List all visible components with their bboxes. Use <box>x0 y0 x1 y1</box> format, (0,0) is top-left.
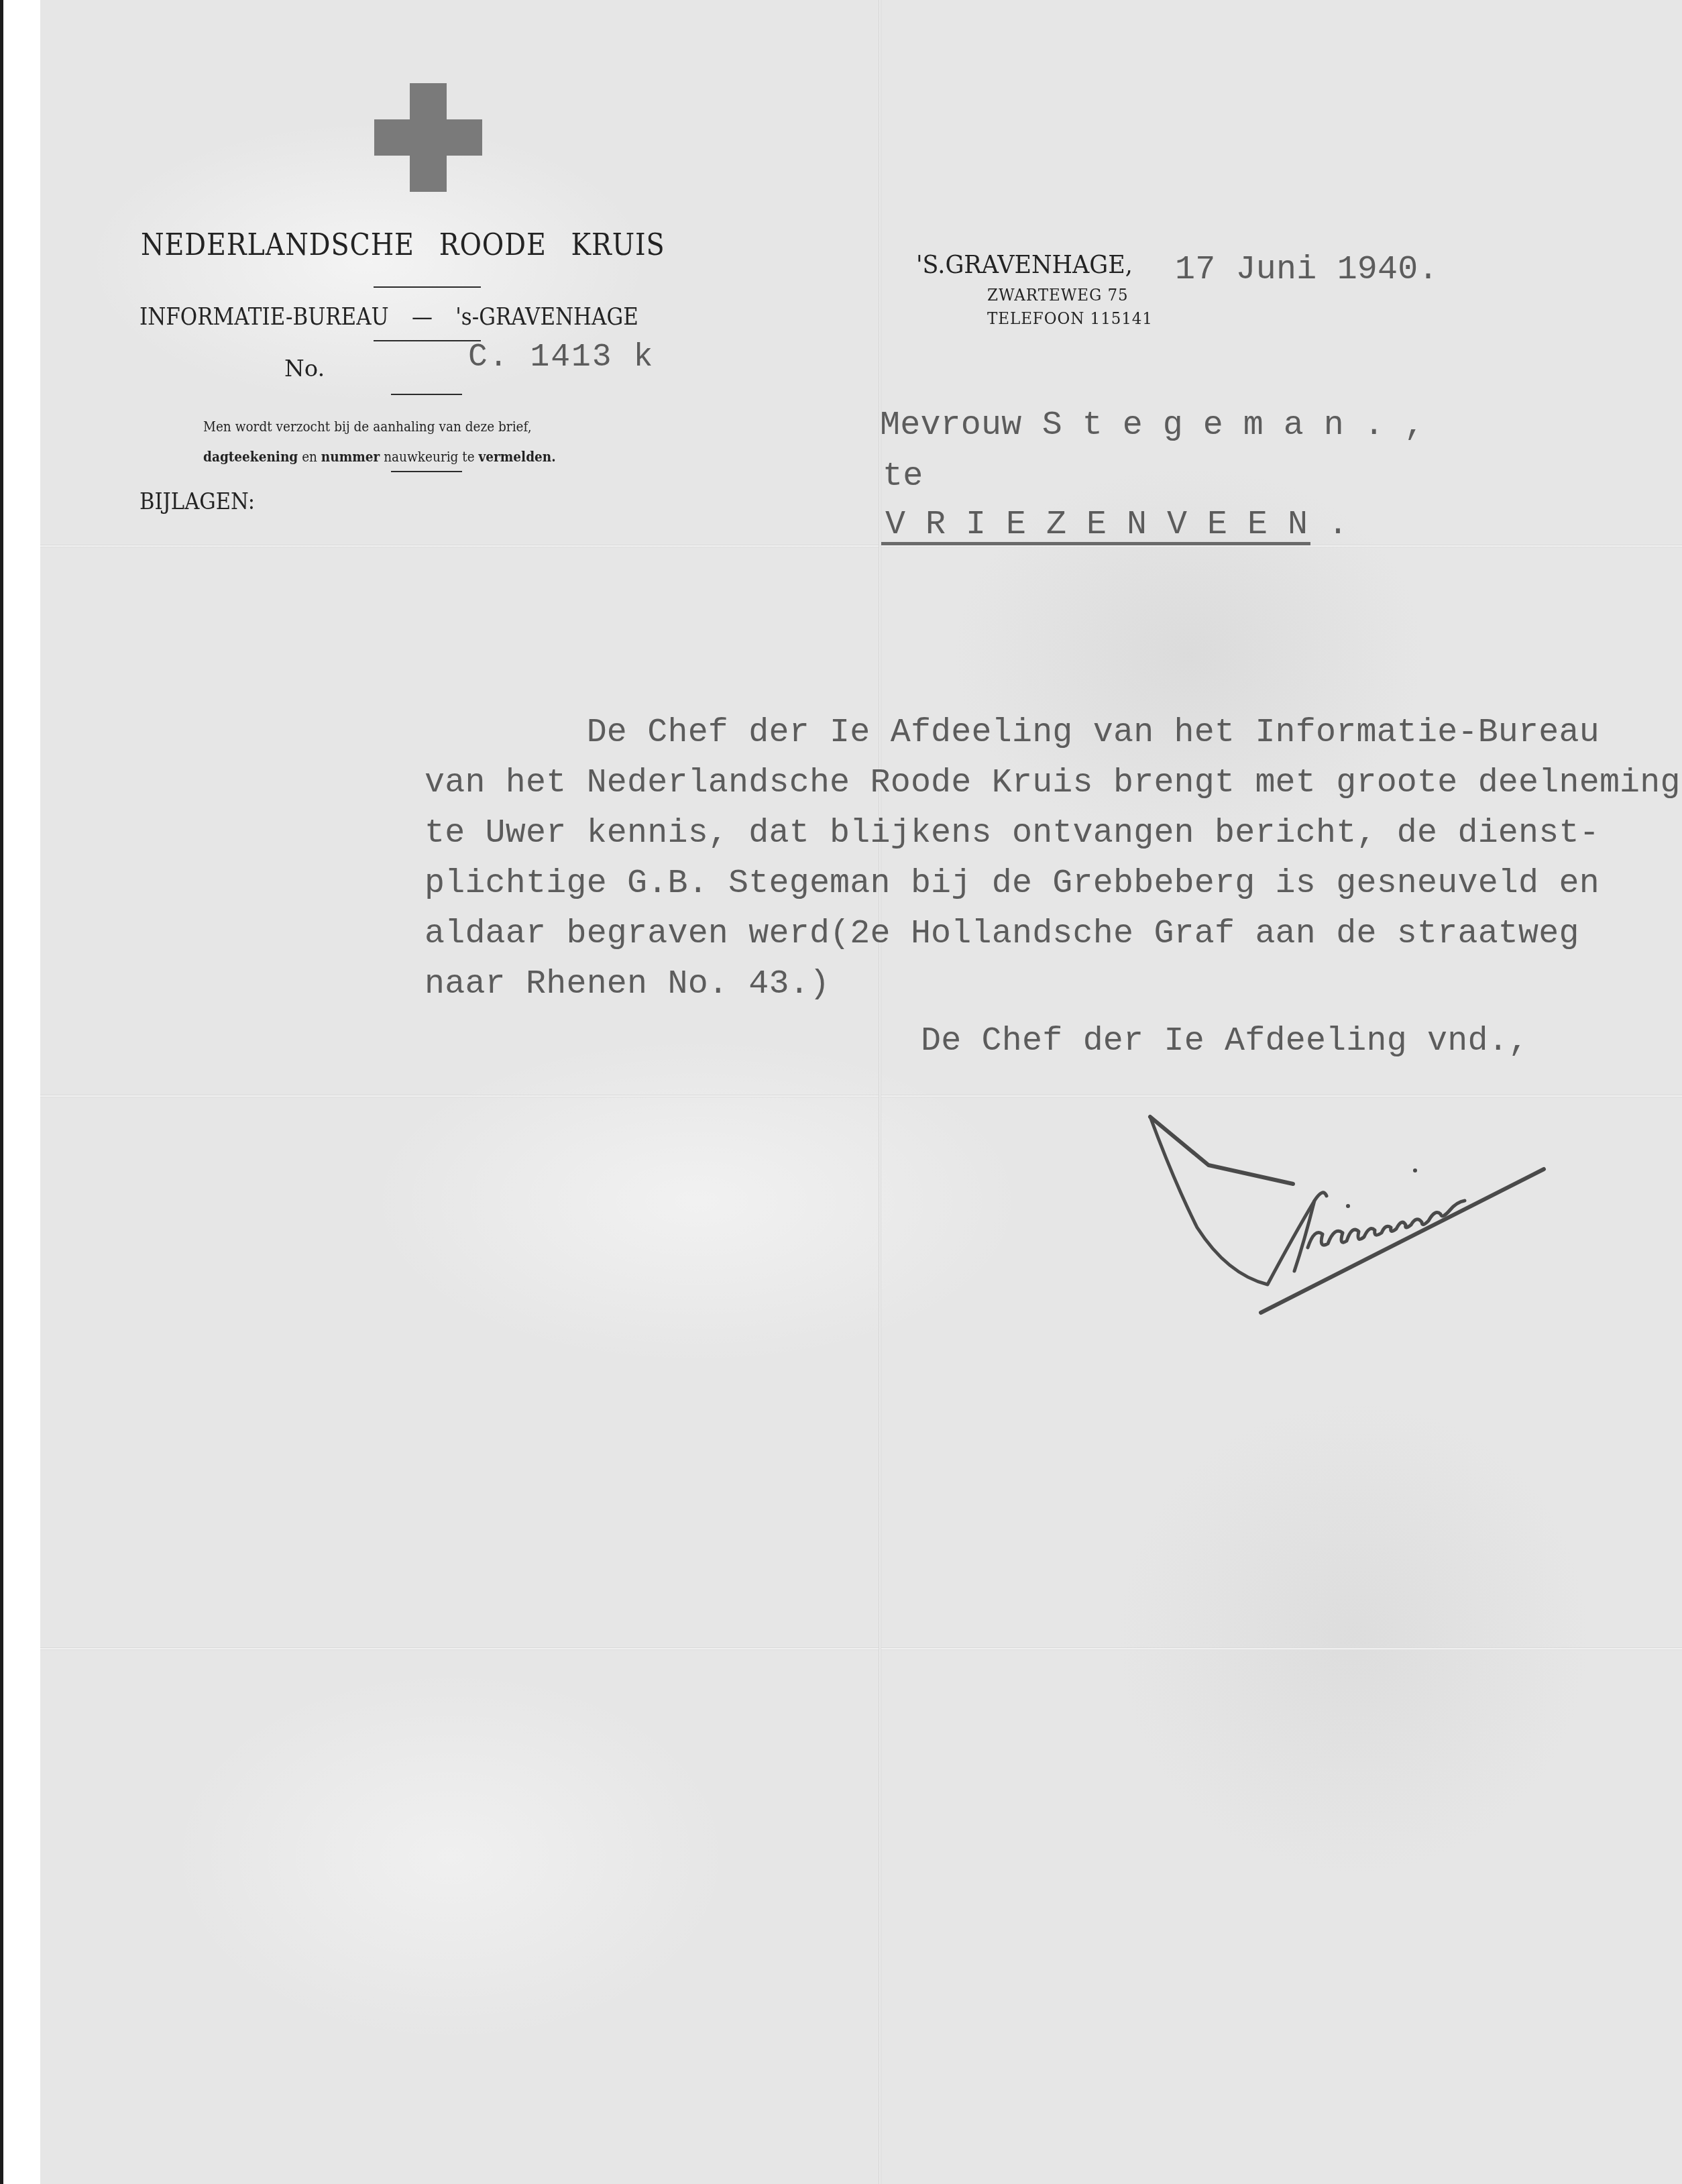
fold-crease <box>40 1095 1682 1097</box>
number-label: No. <box>284 356 325 382</box>
department-name: INFORMATIE-BUREAU <box>139 303 389 331</box>
instruction-word: dagteekening <box>203 448 298 465</box>
scan-edge <box>0 0 3 2184</box>
sender-street: ZWARTEWEG 75 <box>987 285 1129 305</box>
sender-phone: TELEFOON 115141 <box>987 309 1153 328</box>
addressee-name: Stegeman., <box>1042 406 1445 445</box>
body-line: De Chef der Ie Afdeeling van het Informa… <box>425 714 1600 752</box>
body-line: naar Rhenen No. 43.) <box>425 965 830 1003</box>
sender-city: 'S.GRAVENHAGE, <box>916 250 1133 279</box>
dash: — <box>412 303 433 331</box>
handwritten-signature-icon <box>1133 1100 1563 1328</box>
body-line: plichtige G.B. Stegeman bij de Grebbeber… <box>425 865 1600 903</box>
place-underline <box>881 542 1310 545</box>
addressee-prefix: Mevrouw <box>880 406 1042 445</box>
body-line: van het Nederlandsche Roode Kruis brengt… <box>425 764 1681 802</box>
addressee-te: te <box>883 457 923 496</box>
reference-number: C. 1413 k <box>468 339 654 376</box>
divider <box>391 394 462 395</box>
fold-crease <box>40 1647 1682 1650</box>
instruction-line-1: Men wordt verzocht bij de aanhaling van … <box>203 419 532 435</box>
instruction-word: en <box>298 449 321 465</box>
divider <box>374 286 481 288</box>
fold-crease <box>879 0 881 2184</box>
addressee: Mevrouw Stegeman., <box>880 406 1445 445</box>
body-line: aldaar begraven werd(2e Hollandsche Graf… <box>425 915 1579 953</box>
instruction-word: nauwkeurig te <box>380 449 478 465</box>
department-line: INFORMATIE-BUREAU—'s-GRAVENHAGE <box>139 303 638 331</box>
addressee-place: VRIEZENVEEN. <box>885 506 1368 544</box>
fold-crease <box>40 545 1682 547</box>
instruction-word: nummer <box>321 448 380 465</box>
letter-date: 17 Juni 1940. <box>1175 251 1439 289</box>
divider <box>374 340 481 341</box>
enclosures-label: BIJLAGEN: <box>139 488 255 515</box>
instruction-line-2: dagteekening en nummer nauwkeurig te ver… <box>203 448 556 465</box>
instruction-word: vermelden. <box>479 448 556 465</box>
body-line: te Uwer kennis, dat blijkens ontvangen b… <box>425 814 1600 853</box>
divider <box>391 471 462 472</box>
organization-name: NEDERLANDSCHE ROODE KRUIS <box>141 228 665 262</box>
closing-line: De Chef der Ie Afdeeling vnd., <box>921 1022 1528 1060</box>
department-city: 's-GRAVENHAGE <box>455 303 638 331</box>
